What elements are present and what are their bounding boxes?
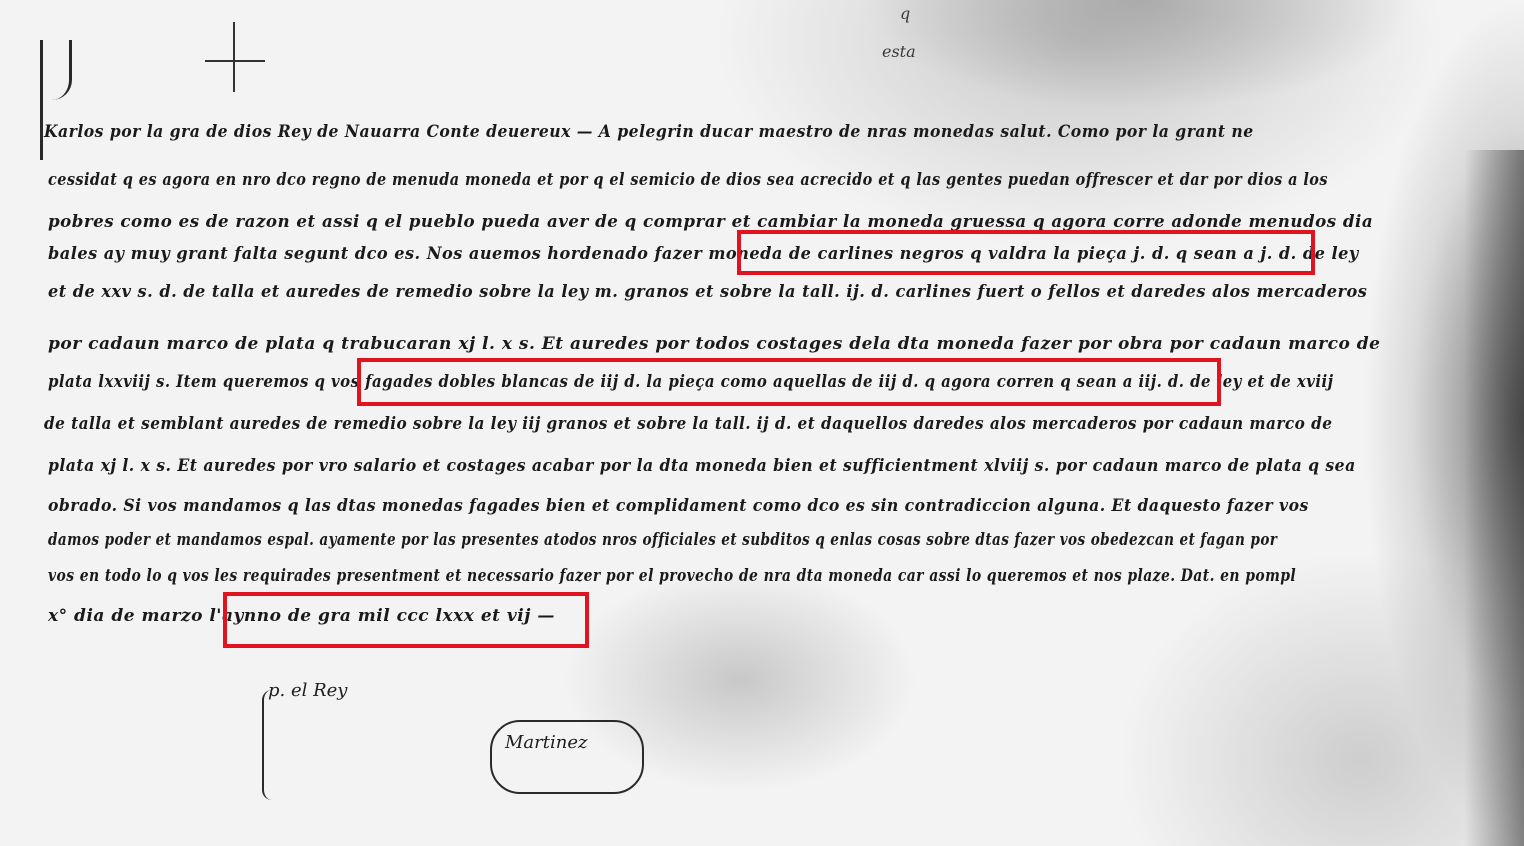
manuscript-page: q esta Karlos por la gra de dios Rey de … xyxy=(0,0,1524,846)
manuscript-line-3: pobres como es de razon et assi q el pue… xyxy=(48,212,1373,232)
top-note-word: esta xyxy=(882,42,916,61)
decorative-initial-k xyxy=(40,40,57,160)
signature-flourish-right xyxy=(490,720,644,794)
page-edge-shadow xyxy=(1464,150,1524,846)
manuscript-line-11: damos poder et mandamos espal. ayamente … xyxy=(48,530,1277,550)
cross-mark-icon xyxy=(205,22,265,92)
top-note-mark: q xyxy=(900,4,910,23)
highlight-box-3 xyxy=(223,592,589,648)
highlight-box-1 xyxy=(737,230,1315,275)
water-stain-top xyxy=(860,0,1420,110)
manuscript-line-10: obrado. Si vos mandamos q las dtas moned… xyxy=(48,496,1309,516)
manuscript-line-5: et de xxv s. d. de talla et auredes de r… xyxy=(48,282,1367,302)
signature-flourish-left xyxy=(262,690,286,800)
manuscript-line-12: vos en todo lo q vos les requirades pres… xyxy=(48,566,1296,586)
manuscript-line-2: cessidat q es agora en nro dco regno de … xyxy=(48,170,1328,190)
highlight-box-2 xyxy=(357,358,1221,406)
manuscript-line-1: Karlos por la gra de dios Rey de Nauarra… xyxy=(44,122,1254,142)
manuscript-line-8: de talla et semblant auredes de remedio … xyxy=(44,414,1332,434)
manuscript-line-6: por cadaun marco de plata q trabucaran x… xyxy=(48,334,1380,354)
manuscript-line-9: plata xj l. x s. Et auredes por vro sala… xyxy=(48,456,1356,476)
